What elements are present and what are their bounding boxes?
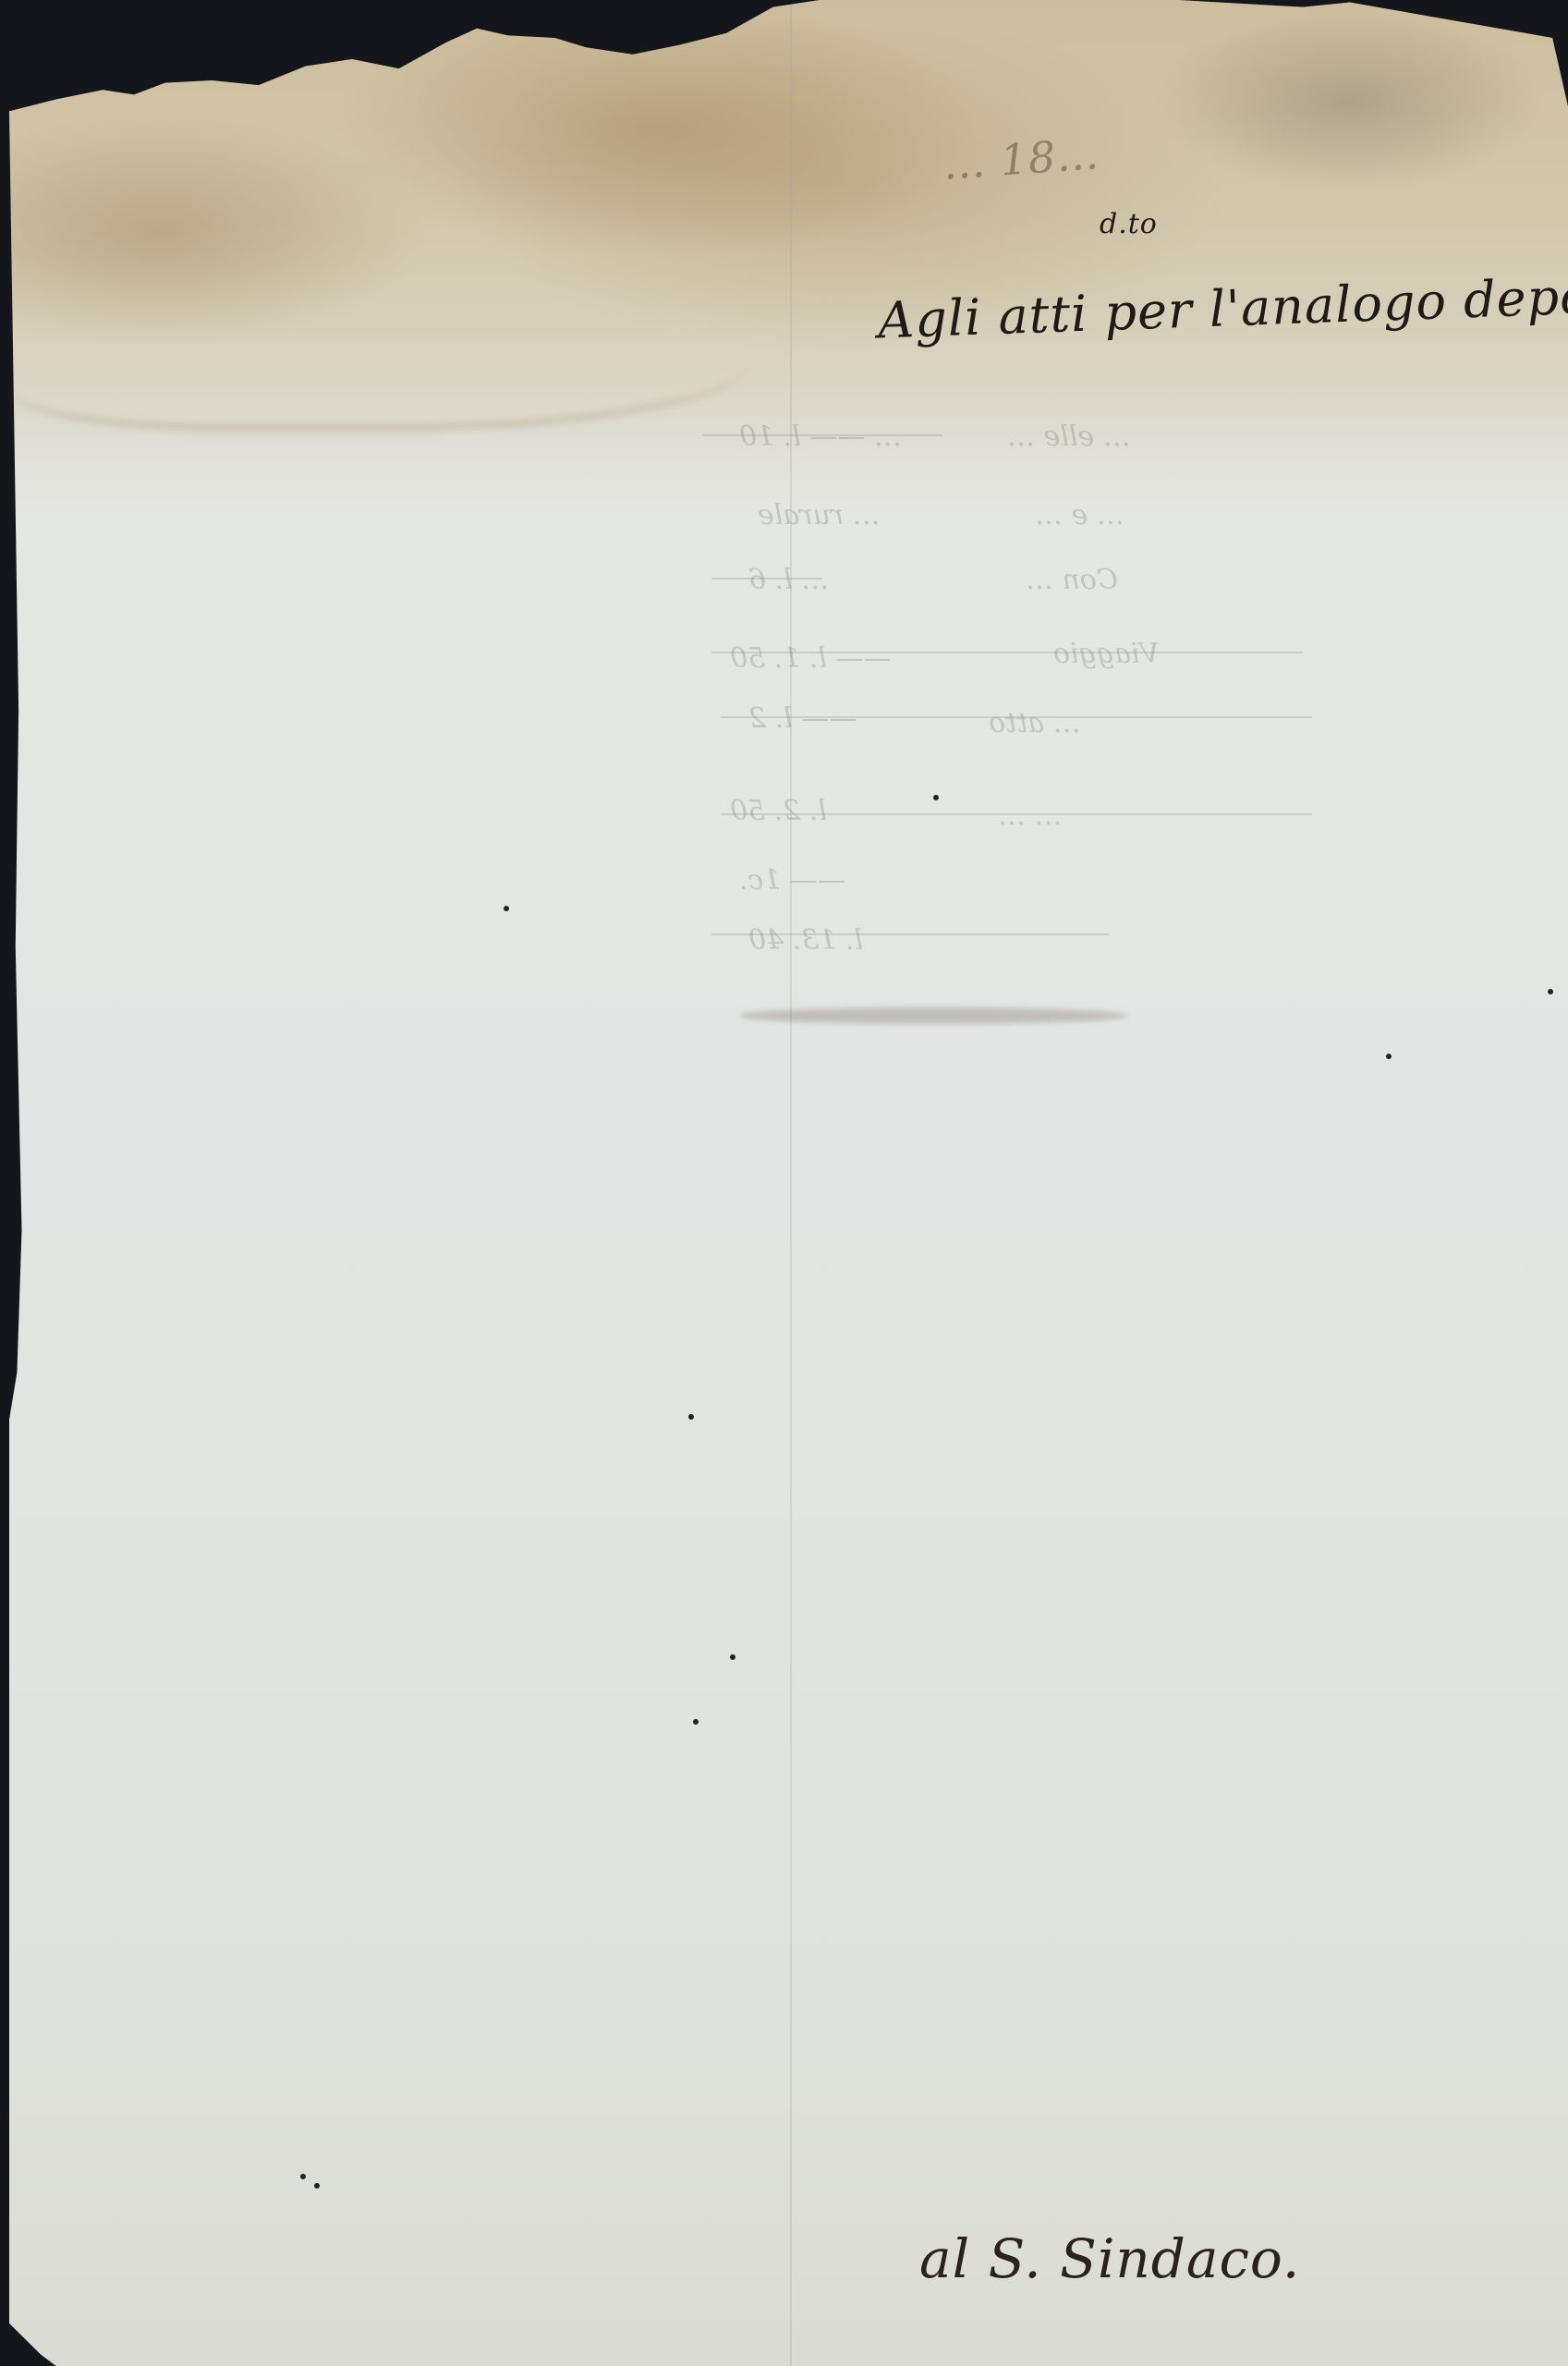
ghost-text: … … (998, 799, 1063, 832)
address-annotation: al S. Sindaco. (919, 2227, 1300, 2290)
faded-date-annotation: … 18… (941, 128, 1101, 189)
ink-speck (933, 795, 939, 800)
ink-speck (688, 1414, 694, 1420)
page-fold-line (790, 0, 792, 2366)
ghost-rule (721, 716, 1312, 718)
ghost-text: … atto (989, 707, 1081, 739)
ghost-text: … rurale (758, 499, 881, 531)
stain-tideline (9, 296, 748, 431)
main-annotation: Agli atti per l'analogo deposito. (877, 262, 1568, 349)
ghost-rule (711, 652, 1303, 653)
ghost-text: Viaggio (1053, 638, 1160, 670)
ink-smudge (739, 1007, 1127, 1024)
ghost-text: —— l. 1. 50 (730, 642, 892, 675)
ghost-rule (702, 434, 942, 436)
ghost-text: … elle … (1007, 421, 1131, 453)
ghost-rule (721, 813, 1312, 815)
ghost-text: —— 1c. (739, 864, 845, 896)
ink-speck (1386, 1054, 1392, 1059)
ghost-text: l. 2. 50 (730, 795, 827, 827)
ink-speck (693, 1719, 699, 1725)
ghost-rule (711, 933, 1109, 935)
ghost-text: Con … (1026, 564, 1118, 596)
ghost-text: … l. 6 (748, 564, 829, 596)
ink-speck (504, 906, 509, 911)
ghost-text: … —— l. 10 (739, 421, 902, 453)
ghost-rule (711, 578, 822, 579)
superscript-annotation: d.to (1100, 208, 1158, 240)
ink-speck (300, 2174, 306, 2179)
ink-speck (730, 1654, 735, 1660)
ghost-text: l. 13. 40 (748, 924, 863, 957)
manuscript-page: … —— l. 10 … rurale … l. 6 —— l. 1. 50 —… (9, 0, 1568, 2366)
ink-speck (314, 2183, 320, 2189)
ghost-text: —— l. 2 (748, 702, 857, 735)
ink-speck (1548, 989, 1553, 994)
ghost-text: … e … (1035, 499, 1124, 531)
